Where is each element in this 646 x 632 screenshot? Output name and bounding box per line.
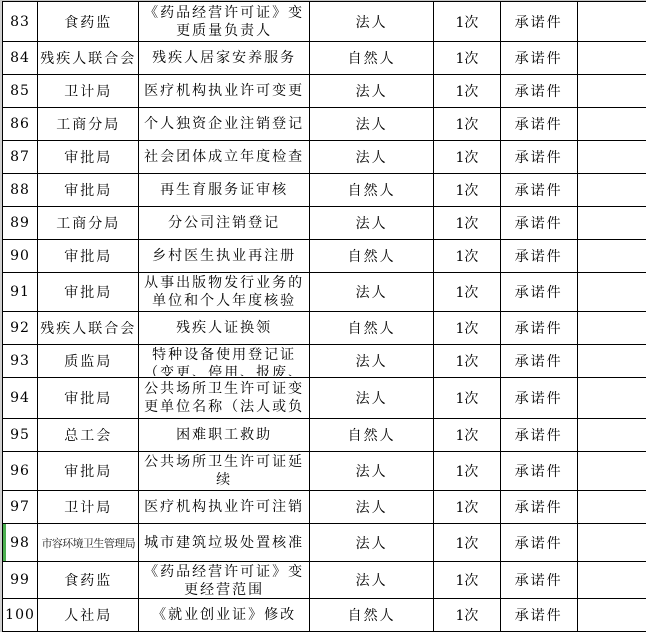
cell-case-type[interactable]: 承诺件 [500, 42, 577, 75]
cell-remark[interactable] [577, 491, 646, 524]
cell-department[interactable]: 审批局 [38, 452, 139, 491]
service-item-text: 《就业创业证》修改 [139, 606, 309, 624]
cell-visit-count[interactable]: 1次 [434, 141, 500, 174]
cell-case-type[interactable]: 承诺件 [500, 599, 577, 632]
cell-applicant-type[interactable]: 自然人 [309, 599, 433, 632]
cell-row-number[interactable]: 99 [3, 562, 38, 599]
cell-row-number[interactable]: 95 [3, 419, 38, 452]
cell-visit-count[interactable]: 1次 [434, 599, 500, 632]
cell-visit-count[interactable]: 1次 [434, 75, 500, 108]
cell-remark[interactable] [577, 75, 646, 108]
service-item-text: 困难职工救助 [139, 426, 309, 444]
cell-visit-count[interactable]: 1次 [434, 174, 500, 207]
cell-visit-count[interactable]: 1次 [434, 108, 500, 141]
cell-service-item[interactable]: 《药品经营许可证》变更质量负责人 [139, 2, 310, 42]
cell-row-number[interactable]: 94 [3, 378, 38, 419]
cell-applicant-type[interactable]: 法人 [309, 2, 433, 42]
cell-remark[interactable] [577, 240, 646, 273]
cell-case-type[interactable]: 承诺件 [500, 108, 577, 141]
table-row[interactable]: 97 卫计局 医疗机构执业许可注销 法人 1次 承诺件 [3, 491, 646, 524]
table-row[interactable]: 91 审批局 从事出版物发行业务的单位和个人年度核验 法人 1次 承诺件 [3, 273, 646, 312]
cell-remark[interactable] [577, 599, 646, 632]
service-item-text: 城市建筑垃圾处置核准 [139, 534, 309, 552]
cell-applicant-type[interactable]: 自然人 [309, 174, 433, 207]
cell-row-number[interactable]: 83 [3, 2, 38, 42]
cell-remark[interactable] [577, 273, 646, 312]
cell-remark[interactable] [577, 419, 646, 452]
cell-department[interactable]: 市容环境卫生管理局 [38, 524, 139, 562]
cell-applicant-type[interactable]: 法人 [309, 141, 433, 174]
cell-visit-count[interactable]: 1次 [434, 562, 500, 599]
cell-department[interactable]: 人社局 [38, 599, 139, 632]
cell-visit-count[interactable]: 1次 [434, 345, 500, 378]
cell-remark[interactable] [577, 378, 646, 419]
cell-service-item[interactable]: 从事出版物发行业务的单位和个人年度核验 [139, 273, 310, 312]
cell-case-type[interactable]: 承诺件 [500, 75, 577, 108]
table-row[interactable]: 96 审批局 公共场所卫生许可证延续 法人 1次 承诺件 [3, 452, 646, 491]
cell-service-item[interactable]: 个人独资企业注销登记 [139, 108, 310, 141]
cell-applicant-type[interactable]: 自然人 [309, 312, 433, 345]
service-item-text: 分公司注销登记 [139, 214, 309, 232]
cell-visit-count[interactable]: 1次 [434, 378, 500, 419]
table-row[interactable]: 83 食药监 《药品经营许可证》变更质量负责人 法人 1次 承诺件 [3, 2, 646, 42]
service-item-text: 社会团体成立年度检查 [139, 148, 309, 166]
cell-remark[interactable] [577, 42, 646, 75]
cell-row-number[interactable]: 85 [3, 75, 38, 108]
service-item-text: 《药品经营许可证》变更质量负责人 [139, 4, 309, 40]
cell-department[interactable]: 审批局 [38, 174, 139, 207]
cell-department[interactable]: 残疾人联合会 [38, 312, 139, 345]
cell-service-item[interactable]: 再生育服务证审核 [139, 174, 310, 207]
cell-department[interactable]: 卫计局 [38, 491, 139, 524]
cell-service-item[interactable]: 困难职工救助 [139, 419, 310, 452]
cell-applicant-type[interactable]: 法人 [309, 108, 433, 141]
cell-visit-count[interactable]: 1次 [434, 2, 500, 42]
service-item-text: 乡村医生执业再注册 [139, 247, 309, 265]
cell-department[interactable]: 工商分局 [38, 108, 139, 141]
cell-row-number[interactable]: 91 [3, 273, 38, 312]
cell-row-number[interactable]: 88 [3, 174, 38, 207]
table-row[interactable]: 93 质监局 特种设备使用登记证（变更、停用、报废、 法人 1次 承诺件 [3, 345, 646, 378]
cell-remark[interactable] [577, 524, 646, 562]
cell-applicant-type[interactable]: 法人 [309, 452, 433, 491]
table-body: 83 食药监 《药品经营许可证》变更质量负责人 法人 1次 承诺件 84 残疾人… [3, 2, 646, 632]
cell-visit-count[interactable]: 1次 [434, 42, 500, 75]
cell-remark[interactable] [577, 562, 646, 599]
cell-department[interactable]: 质监局 [38, 345, 139, 378]
cell-service-item[interactable]: 残疾人居家安养服务 [139, 42, 310, 75]
service-item-text: 公共场所卫生许可证变更单位名称（法人或负 [139, 380, 309, 416]
cell-service-item[interactable]: 公共场所卫生许可证变更单位名称（法人或负 [139, 378, 310, 419]
cell-visit-count[interactable]: 1次 [434, 491, 500, 524]
cell-visit-count[interactable]: 1次 [434, 240, 500, 273]
cell-department[interactable]: 卫计局 [38, 75, 139, 108]
service-item-text: 个人独资企业注销登记 [139, 115, 309, 133]
table-row[interactable]: 99 食药监 《药品经营许可证》变更经营范围 法人 1次 承诺件 [3, 562, 646, 599]
cell-case-type[interactable]: 承诺件 [500, 240, 577, 273]
cell-applicant-type[interactable]: 法人 [309, 345, 433, 378]
table-row[interactable]: 86 工商分局 个人独资企业注销登记 法人 1次 承诺件 [3, 108, 646, 141]
cell-row-number[interactable]: 89 [3, 207, 38, 240]
cell-remark[interactable] [577, 141, 646, 174]
cell-case-type[interactable]: 承诺件 [500, 174, 577, 207]
table-row[interactable]: 100 人社局 《就业创业证》修改 自然人 1次 承诺件 [3, 599, 646, 632]
cell-applicant-type[interactable]: 法人 [309, 491, 433, 524]
table-row[interactable]: 94 审批局 公共场所卫生许可证变更单位名称（法人或负 法人 1次 承诺件 [3, 378, 646, 419]
cell-service-item[interactable]: 《药品经营许可证》变更经营范围 [139, 562, 310, 599]
cell-row-number[interactable]: 92 [3, 312, 38, 345]
cell-service-item[interactable]: 医疗机构执业许可变更 [139, 75, 310, 108]
cell-row-number[interactable]: 98 [3, 524, 38, 562]
cell-remark[interactable] [577, 108, 646, 141]
cell-case-type[interactable]: 承诺件 [500, 273, 577, 312]
table-row[interactable]: 85 卫计局 医疗机构执业许可变更 法人 1次 承诺件 [3, 75, 646, 108]
cell-applicant-type[interactable]: 法人 [309, 75, 433, 108]
service-item-text: 医疗机构执业许可变更 [139, 82, 309, 100]
cell-visit-count[interactable]: 1次 [434, 524, 500, 562]
cell-applicant-type[interactable]: 法人 [309, 273, 433, 312]
cell-case-type[interactable]: 承诺件 [500, 2, 577, 42]
cell-applicant-type[interactable]: 自然人 [309, 240, 433, 273]
cell-department[interactable]: 工商分局 [38, 207, 139, 240]
table-row[interactable]: 84 残疾人联合会 残疾人居家安养服务 自然人 1次 承诺件 [3, 42, 646, 75]
cell-service-item[interactable]: 社会团体成立年度检查 [139, 141, 310, 174]
cell-visit-count[interactable]: 1次 [434, 452, 500, 491]
cell-remark[interactable] [577, 345, 646, 378]
service-item-text: 《药品经营许可证》变更经营范围 [139, 563, 309, 597]
table-row[interactable]: 95 总工会 困难职工救助 自然人 1次 承诺件 [3, 419, 646, 452]
cell-remark[interactable] [577, 452, 646, 491]
cell-applicant-type[interactable]: 自然人 [309, 419, 433, 452]
cell-service-item[interactable]: 医疗机构执业许可注销 [139, 491, 310, 524]
service-item-text: 公共场所卫生许可证延续 [139, 453, 309, 489]
cell-applicant-type[interactable]: 法人 [309, 562, 433, 599]
cell-case-type[interactable]: 承诺件 [500, 562, 577, 599]
cell-department[interactable]: 食药监 [38, 2, 139, 42]
cell-department[interactable]: 残疾人联合会 [38, 42, 139, 75]
cell-case-type[interactable]: 承诺件 [500, 491, 577, 524]
cell-visit-count[interactable]: 1次 [434, 419, 500, 452]
cell-row-number[interactable]: 90 [3, 240, 38, 273]
cell-service-item[interactable]: 残疾人证换领 [139, 312, 310, 345]
cell-department[interactable]: 食药监 [38, 562, 139, 599]
table-row[interactable]: 87 审批局 社会团体成立年度检查 法人 1次 承诺件 [3, 141, 646, 174]
service-item-text: 残疾人居家安养服务 [139, 49, 309, 67]
cell-applicant-type[interactable]: 法人 [309, 378, 433, 419]
service-item-text: 残疾人证换领 [139, 319, 309, 337]
cell-visit-count[interactable]: 1次 [434, 312, 500, 345]
cell-service-item[interactable]: 特种设备使用登记证（变更、停用、报废、 [139, 345, 310, 378]
cell-case-type[interactable]: 承诺件 [500, 378, 577, 419]
cell-case-type[interactable]: 承诺件 [500, 524, 577, 562]
service-item-text: 特种设备使用登记证（变更、停用、报废、 [139, 346, 309, 376]
spreadsheet-view: 83 食药监 《药品经营许可证》变更质量负责人 法人 1次 承诺件 84 残疾人… [0, 0, 646, 632]
service-item-text: 再生育服务证审核 [139, 181, 309, 199]
cell-service-item[interactable]: 公共场所卫生许可证延续 [139, 452, 310, 491]
cell-row-number[interactable]: 93 [3, 345, 38, 378]
cell-department[interactable]: 审批局 [38, 141, 139, 174]
cell-remark[interactable] [577, 2, 646, 42]
cell-remark[interactable] [577, 207, 646, 240]
cell-row-number[interactable]: 100 [3, 599, 38, 632]
service-items-table: 83 食药监 《药品经营许可证》变更质量负责人 法人 1次 承诺件 84 残疾人… [2, 1, 646, 632]
cell-case-type[interactable]: 承诺件 [500, 141, 577, 174]
cell-row-number[interactable]: 86 [3, 108, 38, 141]
cell-visit-count[interactable]: 1次 [434, 273, 500, 312]
service-item-text: 医疗机构执业许可注销 [139, 498, 309, 516]
cell-department[interactable]: 审批局 [38, 240, 139, 273]
table-row[interactable]: 89 工商分局 分公司注销登记 法人 1次 承诺件 [3, 207, 646, 240]
cell-case-type[interactable]: 承诺件 [500, 452, 577, 491]
cell-service-item[interactable]: 分公司注销登记 [139, 207, 310, 240]
cell-case-type[interactable]: 承诺件 [500, 419, 577, 452]
cell-service-item[interactable]: 《就业创业证》修改 [139, 599, 310, 632]
cell-visit-count[interactable]: 1次 [434, 207, 500, 240]
service-item-text: 从事出版物发行业务的单位和个人年度核验 [139, 274, 309, 310]
cell-department[interactable]: 审批局 [38, 273, 139, 312]
table-row[interactable]: 88 审批局 再生育服务证审核 自然人 1次 承诺件 [3, 174, 646, 207]
cell-service-item[interactable]: 城市建筑垃圾处置核准 [139, 524, 310, 562]
table-row[interactable]: 90 审批局 乡村医生执业再注册 自然人 1次 承诺件 [3, 240, 646, 273]
cell-department[interactable]: 审批局 [38, 378, 139, 419]
table-row[interactable]: 98 市容环境卫生管理局 城市建筑垃圾处置核准 法人 1次 承诺件 [3, 524, 646, 562]
cell-department[interactable]: 总工会 [38, 419, 139, 452]
cell-applicant-type[interactable]: 法人 [309, 207, 433, 240]
cell-row-number[interactable]: 84 [3, 42, 38, 75]
cell-applicant-type[interactable]: 自然人 [309, 42, 433, 75]
cell-row-number[interactable]: 96 [3, 452, 38, 491]
cell-case-type[interactable]: 承诺件 [500, 312, 577, 345]
cell-remark[interactable] [577, 312, 646, 345]
cell-applicant-type[interactable]: 法人 [309, 524, 433, 562]
table-row[interactable]: 92 残疾人联合会 残疾人证换领 自然人 1次 承诺件 [3, 312, 646, 345]
cell-case-type[interactable]: 承诺件 [500, 345, 577, 378]
cell-row-number[interactable]: 87 [3, 141, 38, 174]
cell-case-type[interactable]: 承诺件 [500, 207, 577, 240]
cell-remark[interactable] [577, 174, 646, 207]
cell-service-item[interactable]: 乡村医生执业再注册 [139, 240, 310, 273]
cell-row-number[interactable]: 97 [3, 491, 38, 524]
